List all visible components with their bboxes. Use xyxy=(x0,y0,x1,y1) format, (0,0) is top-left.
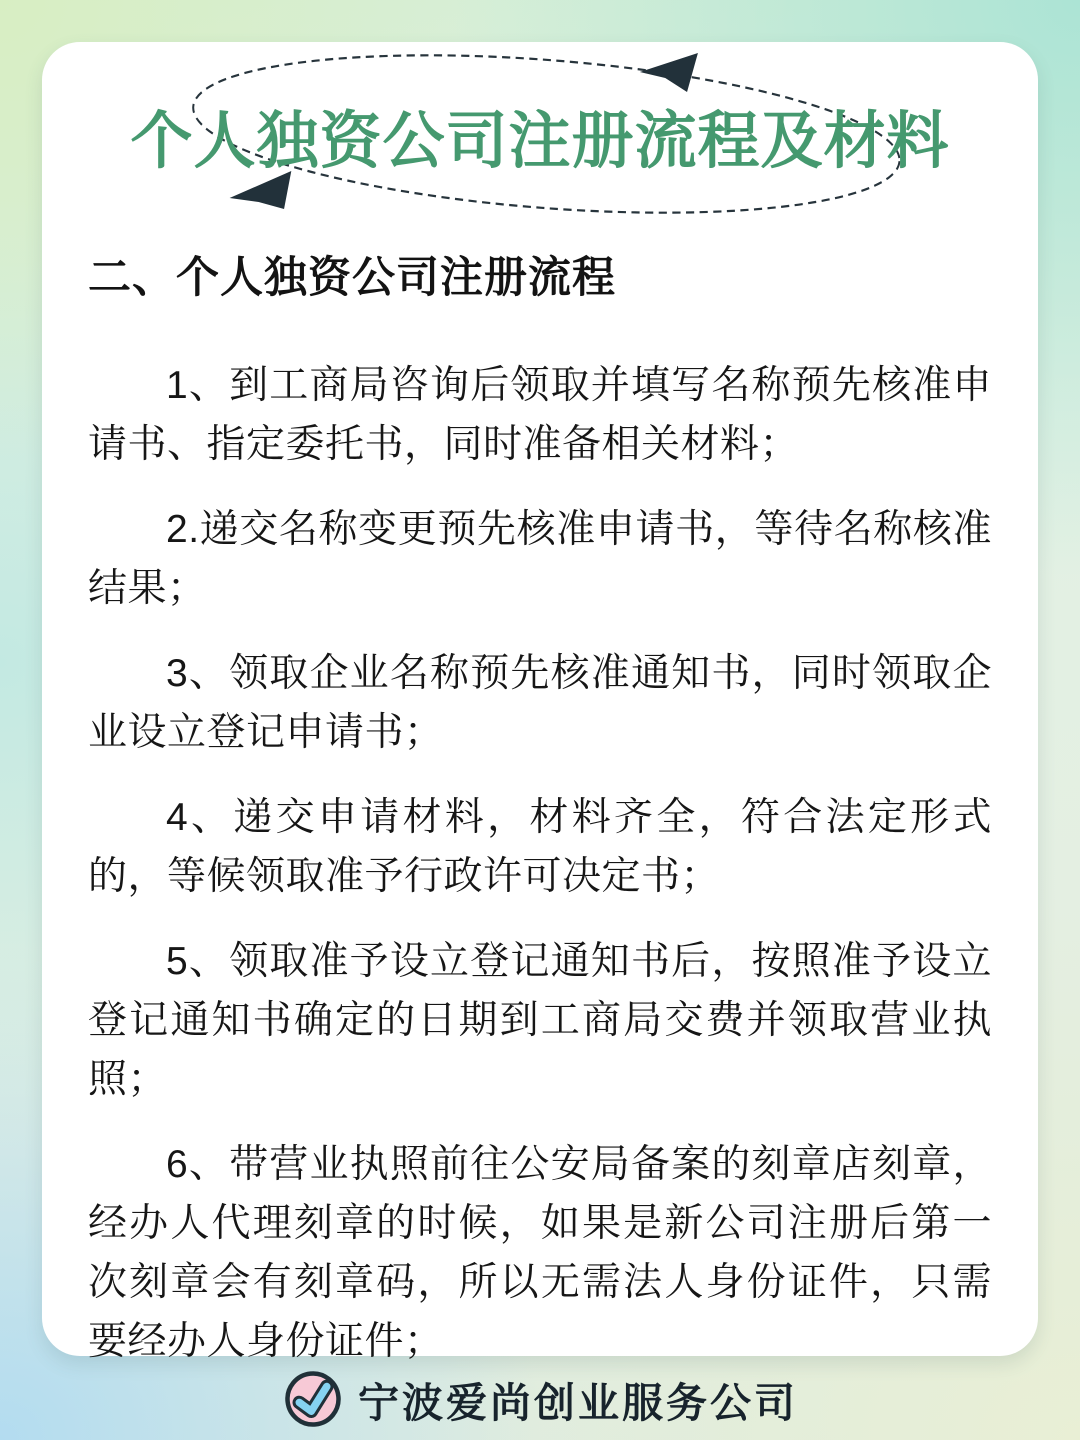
arrow-top-icon xyxy=(640,53,698,92)
page-title: 个人独资公司注册流程及材料 xyxy=(88,102,992,182)
content-card: 个人独资公司注册流程及材料 二、个人独资公司注册流程 1、到工商局咨询后领取并填… xyxy=(42,42,1038,1356)
section-heading: 二、个人独资公司注册流程 xyxy=(88,252,992,304)
poster-page: 个人独资公司注册流程及材料 二、个人独资公司注册流程 1、到工商局咨询后领取并填… xyxy=(0,0,1080,1440)
step-paragraph-3: 3、领取企业名称预先核准通知书，同时领取企业设立登记申请书； xyxy=(88,644,992,762)
check-circle-icon xyxy=(282,1368,344,1430)
footer-brand: 宁波爱尚创业服务公司 xyxy=(0,1366,1080,1432)
step-paragraph-6: 6、带营业执照前往公安局备案的刻章店刻章，经办人代理刻章的时候，如果是新公司注册… xyxy=(88,1135,992,1371)
title-area: 个人独资公司注册流程及材料 xyxy=(88,42,992,240)
brand-name: 宁波爱尚创业服务公司 xyxy=(358,1370,798,1429)
step-paragraph-2: 2.递交名称变更预先核准申请书，等待名称核准结果； xyxy=(88,500,992,618)
step-paragraph-4: 4、递交申请材料，材料齐全，符合法定形式的，等候领取准予行政许可决定书； xyxy=(88,788,992,906)
step-paragraph-5: 5、领取准予设立登记通知书后，按照准予设立登记通知书确定的日期到工商局交费并领取… xyxy=(88,932,992,1109)
step-paragraph-1: 1、到工商局咨询后领取并填写名称预先核准申请书、指定委托书，同时准备相关材料； xyxy=(88,356,992,474)
